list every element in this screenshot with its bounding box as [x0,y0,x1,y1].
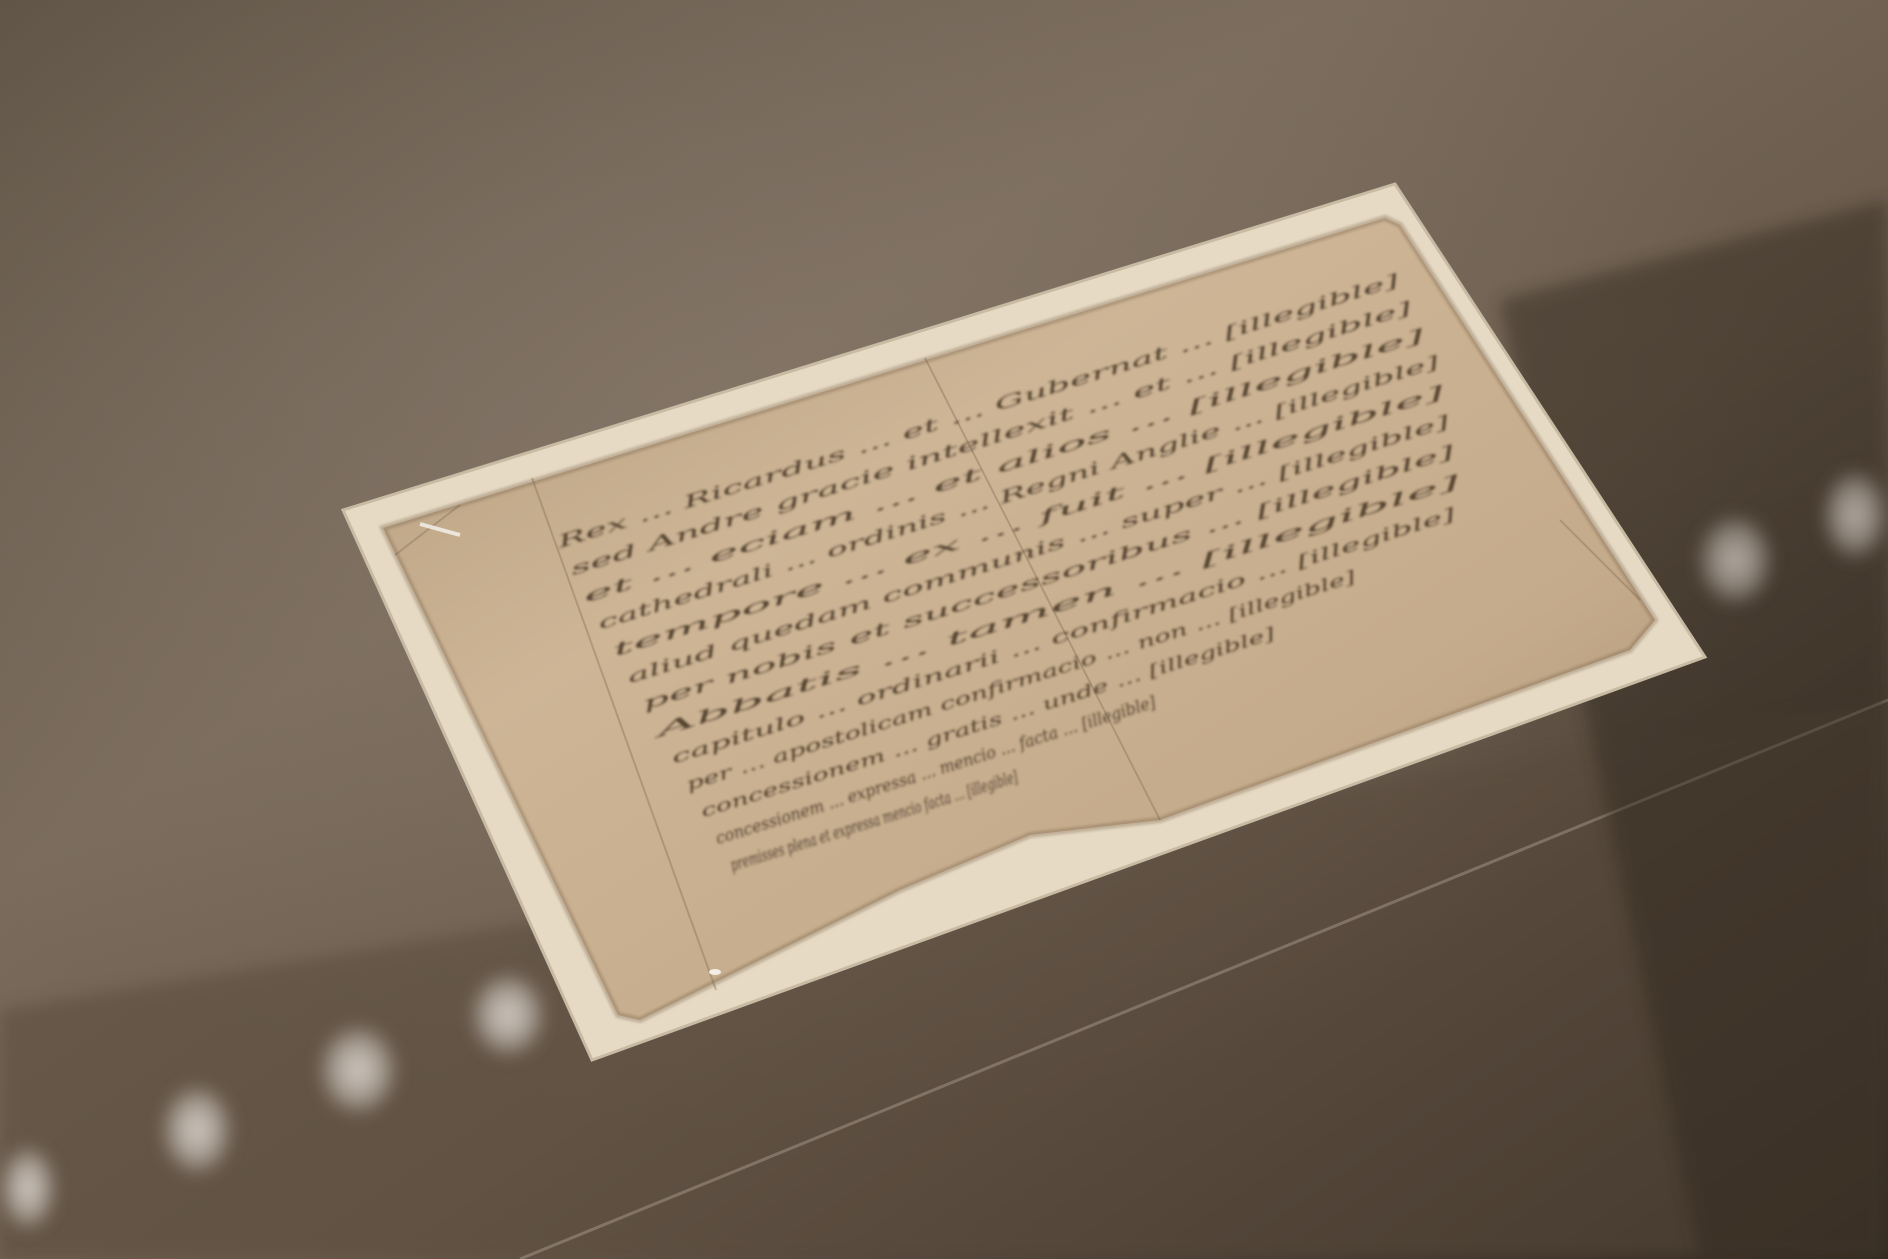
museum-display-photo: Rex ... Ricardus ... et ... Gubernat ...… [0,0,1888,1259]
